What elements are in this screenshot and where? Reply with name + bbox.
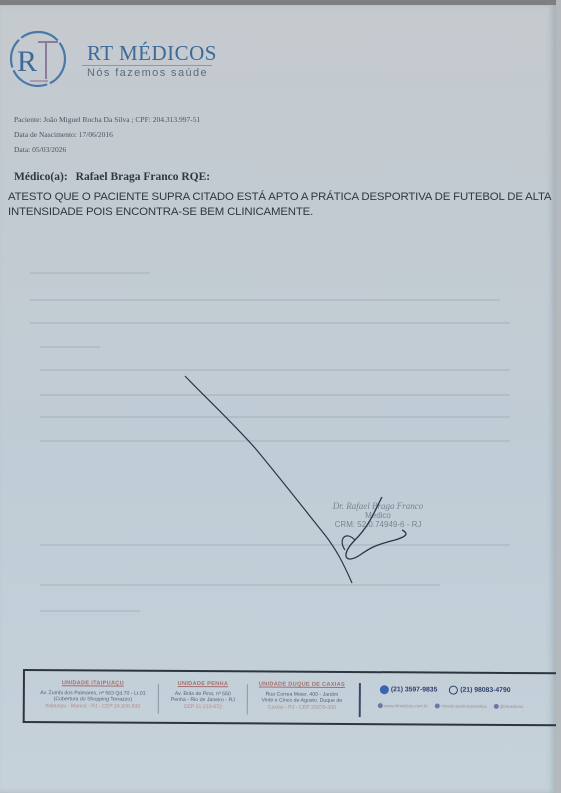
patient-line: Paciente: João Miguel Rocha Da Silva ; C… <box>14 115 200 124</box>
footer-divider <box>359 683 361 717</box>
bleed-through-text <box>30 272 150 274</box>
footer-divider <box>247 684 248 714</box>
document-date-line: Data: 05/03/2026 <box>14 145 66 154</box>
doctor-name: Rafael Braga Franco RQE: <box>76 171 210 183</box>
bleed-through-text <box>30 322 510 324</box>
website-link: www.rtmedicos.com.br <box>378 703 428 708</box>
instagram-icon <box>494 704 499 709</box>
unit-title: UNIDADE ITAIPUAÇU <box>33 680 153 687</box>
phone-contact: (21) 3597-9835 <box>380 686 439 693</box>
globe-icon <box>378 704 383 709</box>
document-page: R RT MÉDICOS Nós fazemos saúde Paciente:… <box>0 4 556 793</box>
footer-divider <box>158 684 159 714</box>
birth-date-line: Data de Nascimento: 17/06/2016 <box>14 130 113 139</box>
unit-itaipuacu: UNIDADE ITAIPUAÇU Av. Zumbi dos Palmares… <box>33 680 153 710</box>
facebook-link: rtmedicosclinicamedica <box>435 704 486 709</box>
unit-address: Penha - Rio de Janeiro - RJ <box>161 697 245 704</box>
bleed-through-text <box>30 299 500 301</box>
doctor-stamp: Dr. Rafael Braga Franco Médico CRM: 52.0… <box>318 501 438 529</box>
bleed-through-text <box>40 369 510 371</box>
bleed-through-text <box>40 610 140 612</box>
doctor-label: Médico(a): <box>14 171 68 183</box>
unit-penha: UNIDADE PENHA Av. Brás de Pina, nº 550 P… <box>161 681 245 711</box>
bleed-through-text <box>40 346 100 348</box>
whatsapp-icon <box>449 686 458 695</box>
bleed-through-text <box>40 416 510 418</box>
contact-phones: (21) 3597-9835 (21) 98083-4790 <box>380 685 521 695</box>
unit-title: UNIDADE PENHA <box>161 681 245 688</box>
doctor-line: Médico(a):Rafael Braga Franco RQE: <box>14 171 210 183</box>
facebook-text: rtmedicosclinicamedica <box>441 704 486 709</box>
unit-address: CEP 21.210-672 <box>161 704 245 711</box>
instagram-text: @rtmedicos <box>500 704 524 709</box>
brand-name: RT MÉDICOS <box>87 41 217 66</box>
brand-divider <box>82 65 212 66</box>
footer-box: UNIDADE ITAIPUAÇU Av. Zumbi dos Palmares… <box>23 669 561 726</box>
stamp-name: Dr. Rafael Braga Franco <box>318 501 438 511</box>
unit-duque-de-caxias: UNIDADE DUQUE DE CAXIAS Rua Correa Meier… <box>249 681 355 711</box>
medical-statement: ATESTO QUE O PACIENTE SUPRA CITADO ESTÁ … <box>8 190 553 220</box>
bleed-through-text <box>40 394 510 396</box>
unit-title: UNIDADE DUQUE DE CAXIAS <box>249 681 355 688</box>
bleed-through-text <box>40 440 510 442</box>
instagram-link: @rtmedicos <box>494 704 524 709</box>
bleed-through-text <box>40 544 510 546</box>
bleed-through-text <box>40 584 440 586</box>
whatsapp-contact: (21) 98083-4790 <box>449 687 510 694</box>
photo-right-edge <box>556 0 561 793</box>
svg-text:R: R <box>17 45 37 78</box>
phone-number: (21) 3597-9835 <box>391 687 438 694</box>
phone-icon <box>380 685 389 694</box>
stamp-crm: CRM: 52.0.74949-6 - RJ <box>318 520 438 529</box>
facebook-icon <box>435 704 440 709</box>
stamp-role: Médico <box>318 511 438 520</box>
brand-tagline: Nós fazemos saúde <box>87 67 208 79</box>
photo-top-edge <box>0 0 561 5</box>
social-links: www.rtmedicos.com.br rtmedicosclinicamed… <box>378 703 530 709</box>
unit-address: Itaipuaçu - Maricá - RJ - CEP 24.936-530 <box>33 703 153 710</box>
unit-address: Caxias - RJ - CEP 25070-360 <box>249 704 355 711</box>
rt-logo-icon: R <box>8 29 68 89</box>
website-text: www.rtmedicos.com.br <box>384 703 428 708</box>
whatsapp-number: (21) 98083-4790 <box>460 687 510 694</box>
